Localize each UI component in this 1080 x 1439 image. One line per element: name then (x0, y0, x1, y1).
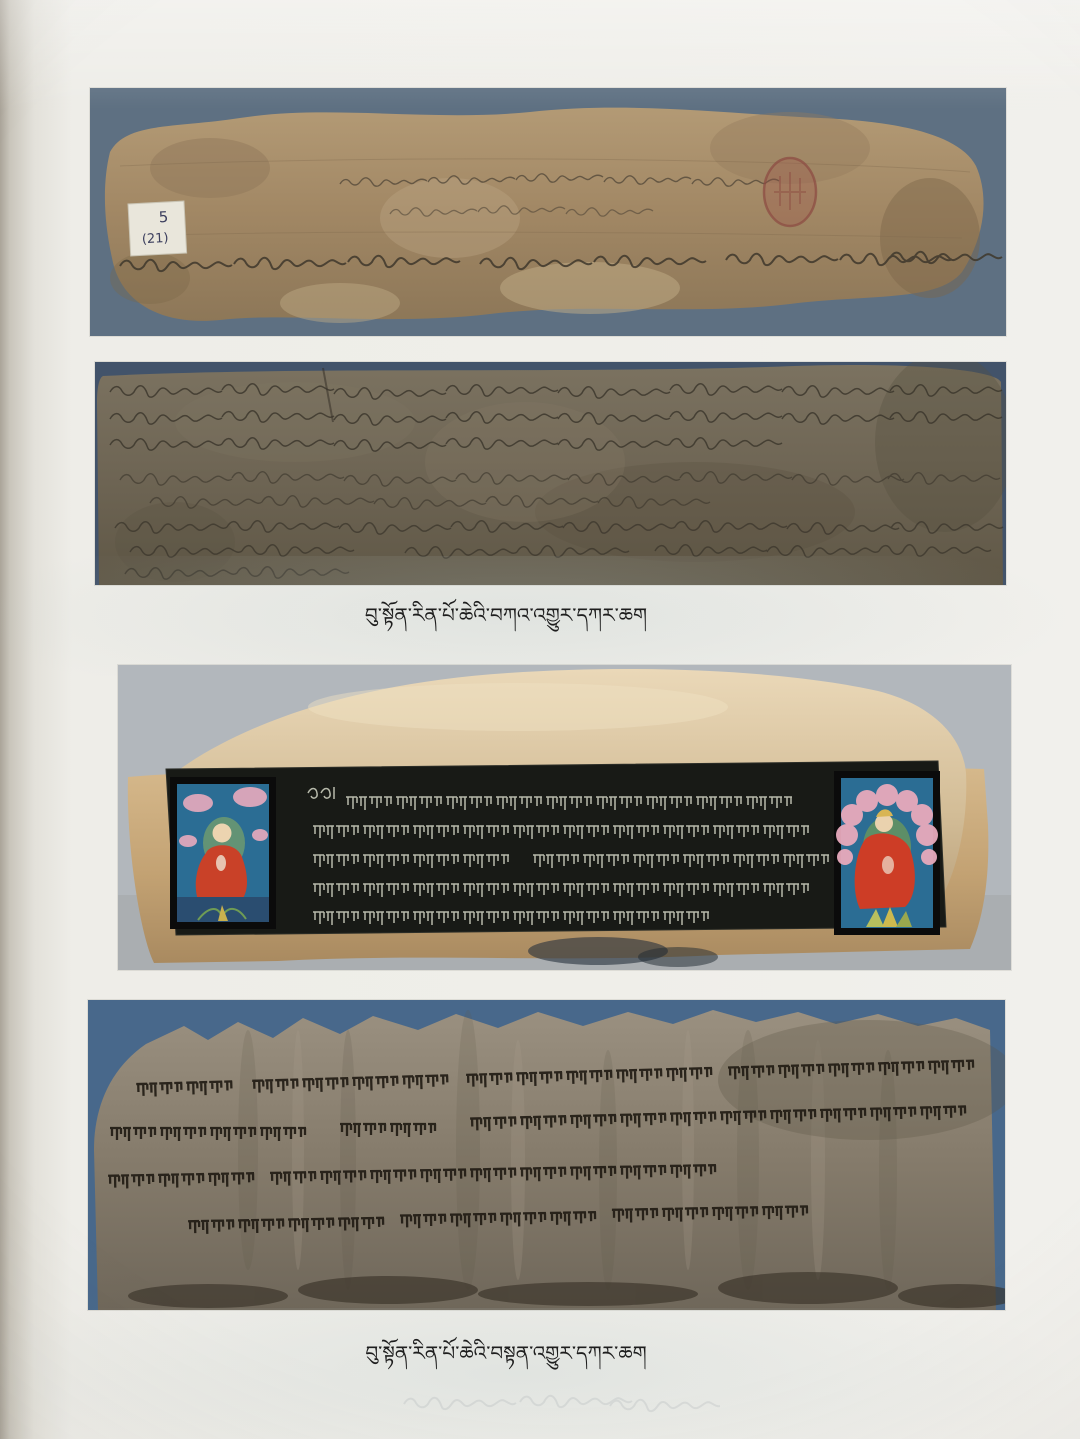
miniature-painting-left (170, 777, 276, 929)
manuscript-plate-2-dark-leaf (95, 362, 1006, 585)
robe-fold-highlight (882, 856, 894, 874)
red-seal-stamp (764, 158, 816, 226)
black-text-panel (166, 761, 946, 935)
page-highlight (308, 683, 728, 731)
manuscript-plate-4-tengyur-leaf (88, 1000, 1005, 1310)
manuscript-plate-3-pothi-folio (118, 665, 1011, 970)
robe-fold-highlight (216, 855, 226, 871)
figure-head (213, 824, 232, 843)
miniature-painting-right (834, 771, 940, 935)
archival-label-number: 5 (158, 208, 168, 226)
archival-label-sub: (21) (142, 231, 169, 247)
archival-label: 5 (21) (128, 201, 187, 256)
torn-gap-shadow-2 (638, 947, 718, 967)
plate-caption-kangyur: བུ་སྟོན་རིན་པོ་ཆེའི་བཀའ་འགྱུར་དཀར་ཆག (0, 600, 1012, 630)
book-page: 5 (21) (0, 0, 1080, 1439)
plate-caption-tengyur: བུ་སྟོན་རིན་པོ་ཆེའི་བསྟན་འགྱུར་དཀར་ཆག (0, 1338, 1012, 1368)
show-through-marks (400, 1390, 720, 1426)
stained-area (718, 1020, 1005, 1140)
manuscript-plate-1-kangyur-scroll: 5 (21) (90, 88, 1006, 336)
